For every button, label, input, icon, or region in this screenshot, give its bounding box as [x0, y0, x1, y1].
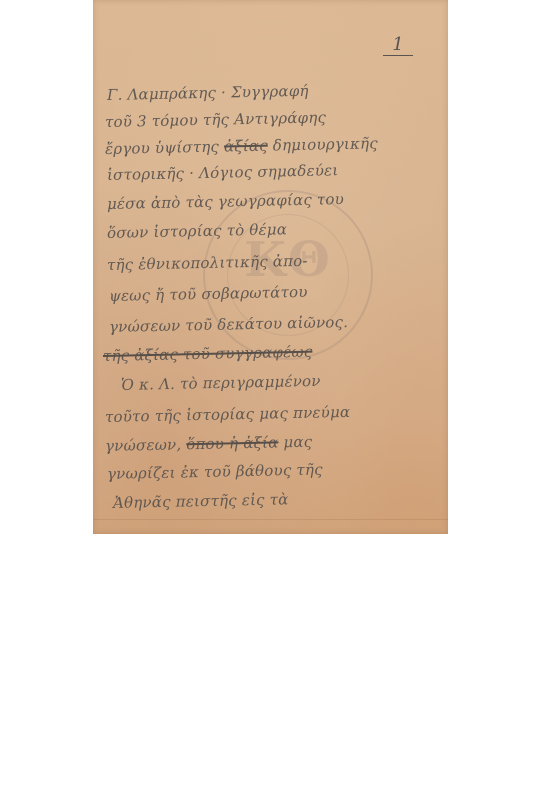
line-text: τοῦ 3 τόμου τῆς Αντιγράφης [105, 108, 326, 131]
handwritten-line: γνωρίζει ἐκ τοῦ βάθους τῆς [107, 460, 323, 483]
line-text: γνώσεων, [105, 435, 187, 455]
handwritten-line: τοῦτο τῆς ἱστορίας μας πνεύμα [105, 403, 351, 426]
line-text: ἔργου ὑψίστης [105, 138, 224, 158]
line-text: τοῦτο τῆς ἱστορίας μας πνεύμα [105, 403, 351, 426]
archive-stamp: ΚΘ [203, 190, 373, 360]
manuscript-page: ΚΘ 1 Γ. Λαμπράκης · Συγγραφή τοῦ 3 τόμου… [93, 0, 448, 534]
line-text: ἱστορικῆς · Λόγιος σημαδεύει [107, 161, 339, 184]
line-text: μας [278, 433, 312, 452]
struck-text: ἀξίας [224, 137, 268, 156]
handwritten-line: τῆς ἀξίας τοῦ συγγραφέως [103, 343, 313, 365]
line-text: Ἀθηνᾶς πειστῆς εἰς τὰ [113, 490, 289, 512]
page-number: 1 [383, 36, 413, 56]
handwritten-line: ἔργου ὑψίστης ἀξίας δημιουργικῆς [105, 134, 378, 158]
struck-text: τῆς ἀξίας τοῦ συγγραφέως [103, 343, 313, 365]
line-text: γνωρίζει ἐκ τοῦ βάθους τῆς [107, 460, 323, 483]
line-text: Ὁ κ. Λ. τὸ περιγραμμένον [121, 372, 321, 394]
line-text: δημιουργικῆς [268, 134, 378, 154]
handwritten-line: Ὁ κ. Λ. τὸ περιγραμμένον [121, 372, 321, 394]
struck-text: ὅπου ἡ ἀξία [186, 433, 279, 453]
handwritten-line: ἱστορικῆς · Λόγιος σημαδεύει [107, 161, 339, 184]
handwritten-line: τοῦ 3 τόμου τῆς Αντιγράφης [105, 108, 326, 131]
handwritten-line: Γ. Λαμπράκης · Συγγραφή [107, 82, 309, 104]
line-text: Γ. Λαμπράκης · Συγγραφή [107, 82, 309, 104]
document-viewer: ΚΘ 1 Γ. Λαμπράκης · Συγγραφή τοῦ 3 τόμου… [0, 0, 549, 800]
handwritten-line: Ἀθηνᾶς πειστῆς εἰς τὰ [113, 490, 289, 512]
line-text: ὅσων ἱστορίας τὸ θέμα [107, 220, 287, 242]
handwritten-line: γνώσεων, ὅπου ἡ ἀξία μας [105, 433, 313, 455]
handwritten-line: ὅσων ἱστορίας τὸ θέμα [107, 220, 287, 242]
